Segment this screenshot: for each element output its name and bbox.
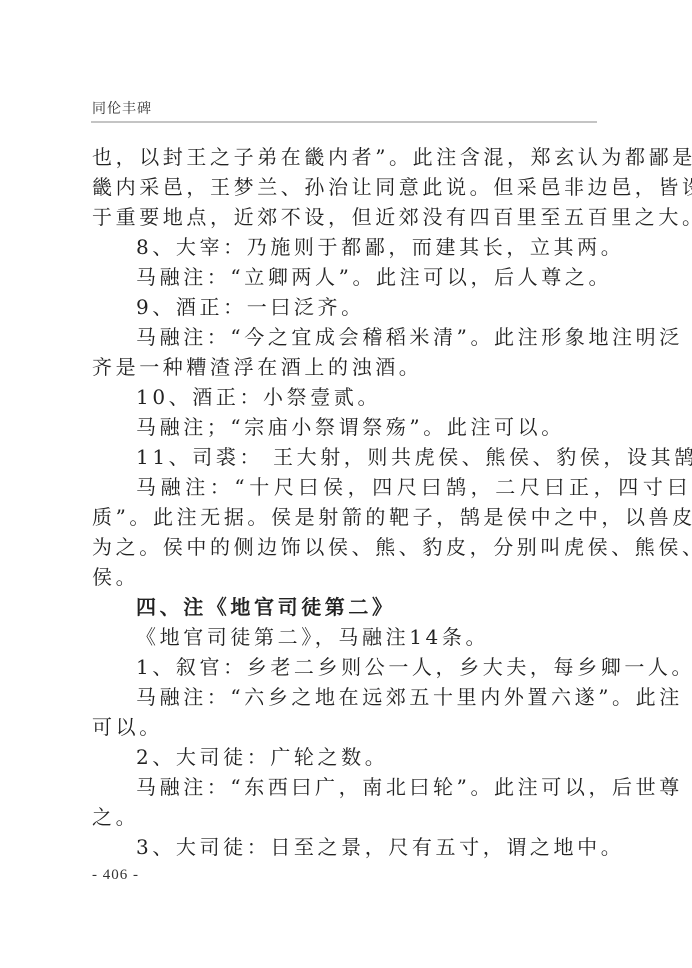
text-line: 之。 [92, 802, 600, 832]
text-line: 可以。 [92, 712, 600, 742]
item-10-jiuzheng: 10、酒正：小祭壹贰。 [92, 382, 600, 412]
text-line: 于重要地点，近郊不设，但近郊没有四百里至五百里之大。 [92, 202, 600, 232]
page-number: - 406 - [92, 864, 139, 886]
text-line: 畿内采邑，王梦兰、孙治让同意此说。但采邑非边邑，皆设 [92, 172, 600, 202]
ma-rong-note: 马融注：“立卿两人”。此注可以，后人尊之。 [92, 262, 600, 292]
header-rule-divider [91, 121, 597, 123]
ma-rong-note: 马融注：“今之宜成会稽稻米清”。此注形象地注明泛 [92, 322, 600, 352]
running-head-title: 同伦丰碑 [92, 100, 152, 118]
item-1-xuguan: 1、叙官：乡老二乡则公一人，乡大夫，每乡卿一人。 [92, 652, 600, 682]
text-line: 为之。侯中的侧边饰以侯、熊、豹皮，分别叫虎侯、熊侯、豹 [92, 532, 600, 562]
text-line: 侯。 [92, 562, 600, 592]
text-line: 也，以封王之子弟在畿内者”。此注含混，郑玄认为都鄙是 [92, 142, 600, 172]
section-heading: 四、注《地官司徒第二》 [92, 592, 600, 622]
ma-rong-note: 马融注：“十尺曰侯，四尺曰鹄，二尺曰正，四寸曰 [92, 472, 600, 502]
text-line: 齐是一种糟渣浮在酒上的浊酒。 [92, 352, 600, 382]
item-3-dasitu: 3、大司徒：日至之景，尺有五寸，谓之地中。 [92, 832, 600, 862]
ma-rong-note: 马融注：“六乡之地在远郊五十里内外置六遂”。此注 [92, 682, 600, 712]
item-9-jiuzheng: 9、酒正：一曰泛齐。 [92, 292, 600, 322]
item-8-dazai: 8、大宰：乃施则于都鄙，而建其长，立其两。 [92, 232, 600, 262]
ma-rong-note: 马融注：“东西曰广，南北曰轮”。此注可以，后世尊 [92, 772, 600, 802]
item-2-dasitu: 2、大司徒：广轮之数。 [92, 742, 600, 772]
body-text: 也，以封王之子弟在畿内者”。此注含混，郑玄认为都鄙是 畿内采邑，王梦兰、孙治让同… [92, 142, 600, 862]
text-line: 质”。此注无据。侯是射箭的靶子，鹄是侯中之中，以兽皮 [92, 502, 600, 532]
text-line: 《地官司徒第二》，马融注14条。 [92, 622, 600, 652]
ma-rong-note: 马融注；“宗庙小祭谓祭殇”。此注可以。 [92, 412, 600, 442]
item-11-siqiu: 11、司裘： 王大射，则共虎侯、熊侯、豹侯，设其鹄。 [92, 442, 600, 472]
